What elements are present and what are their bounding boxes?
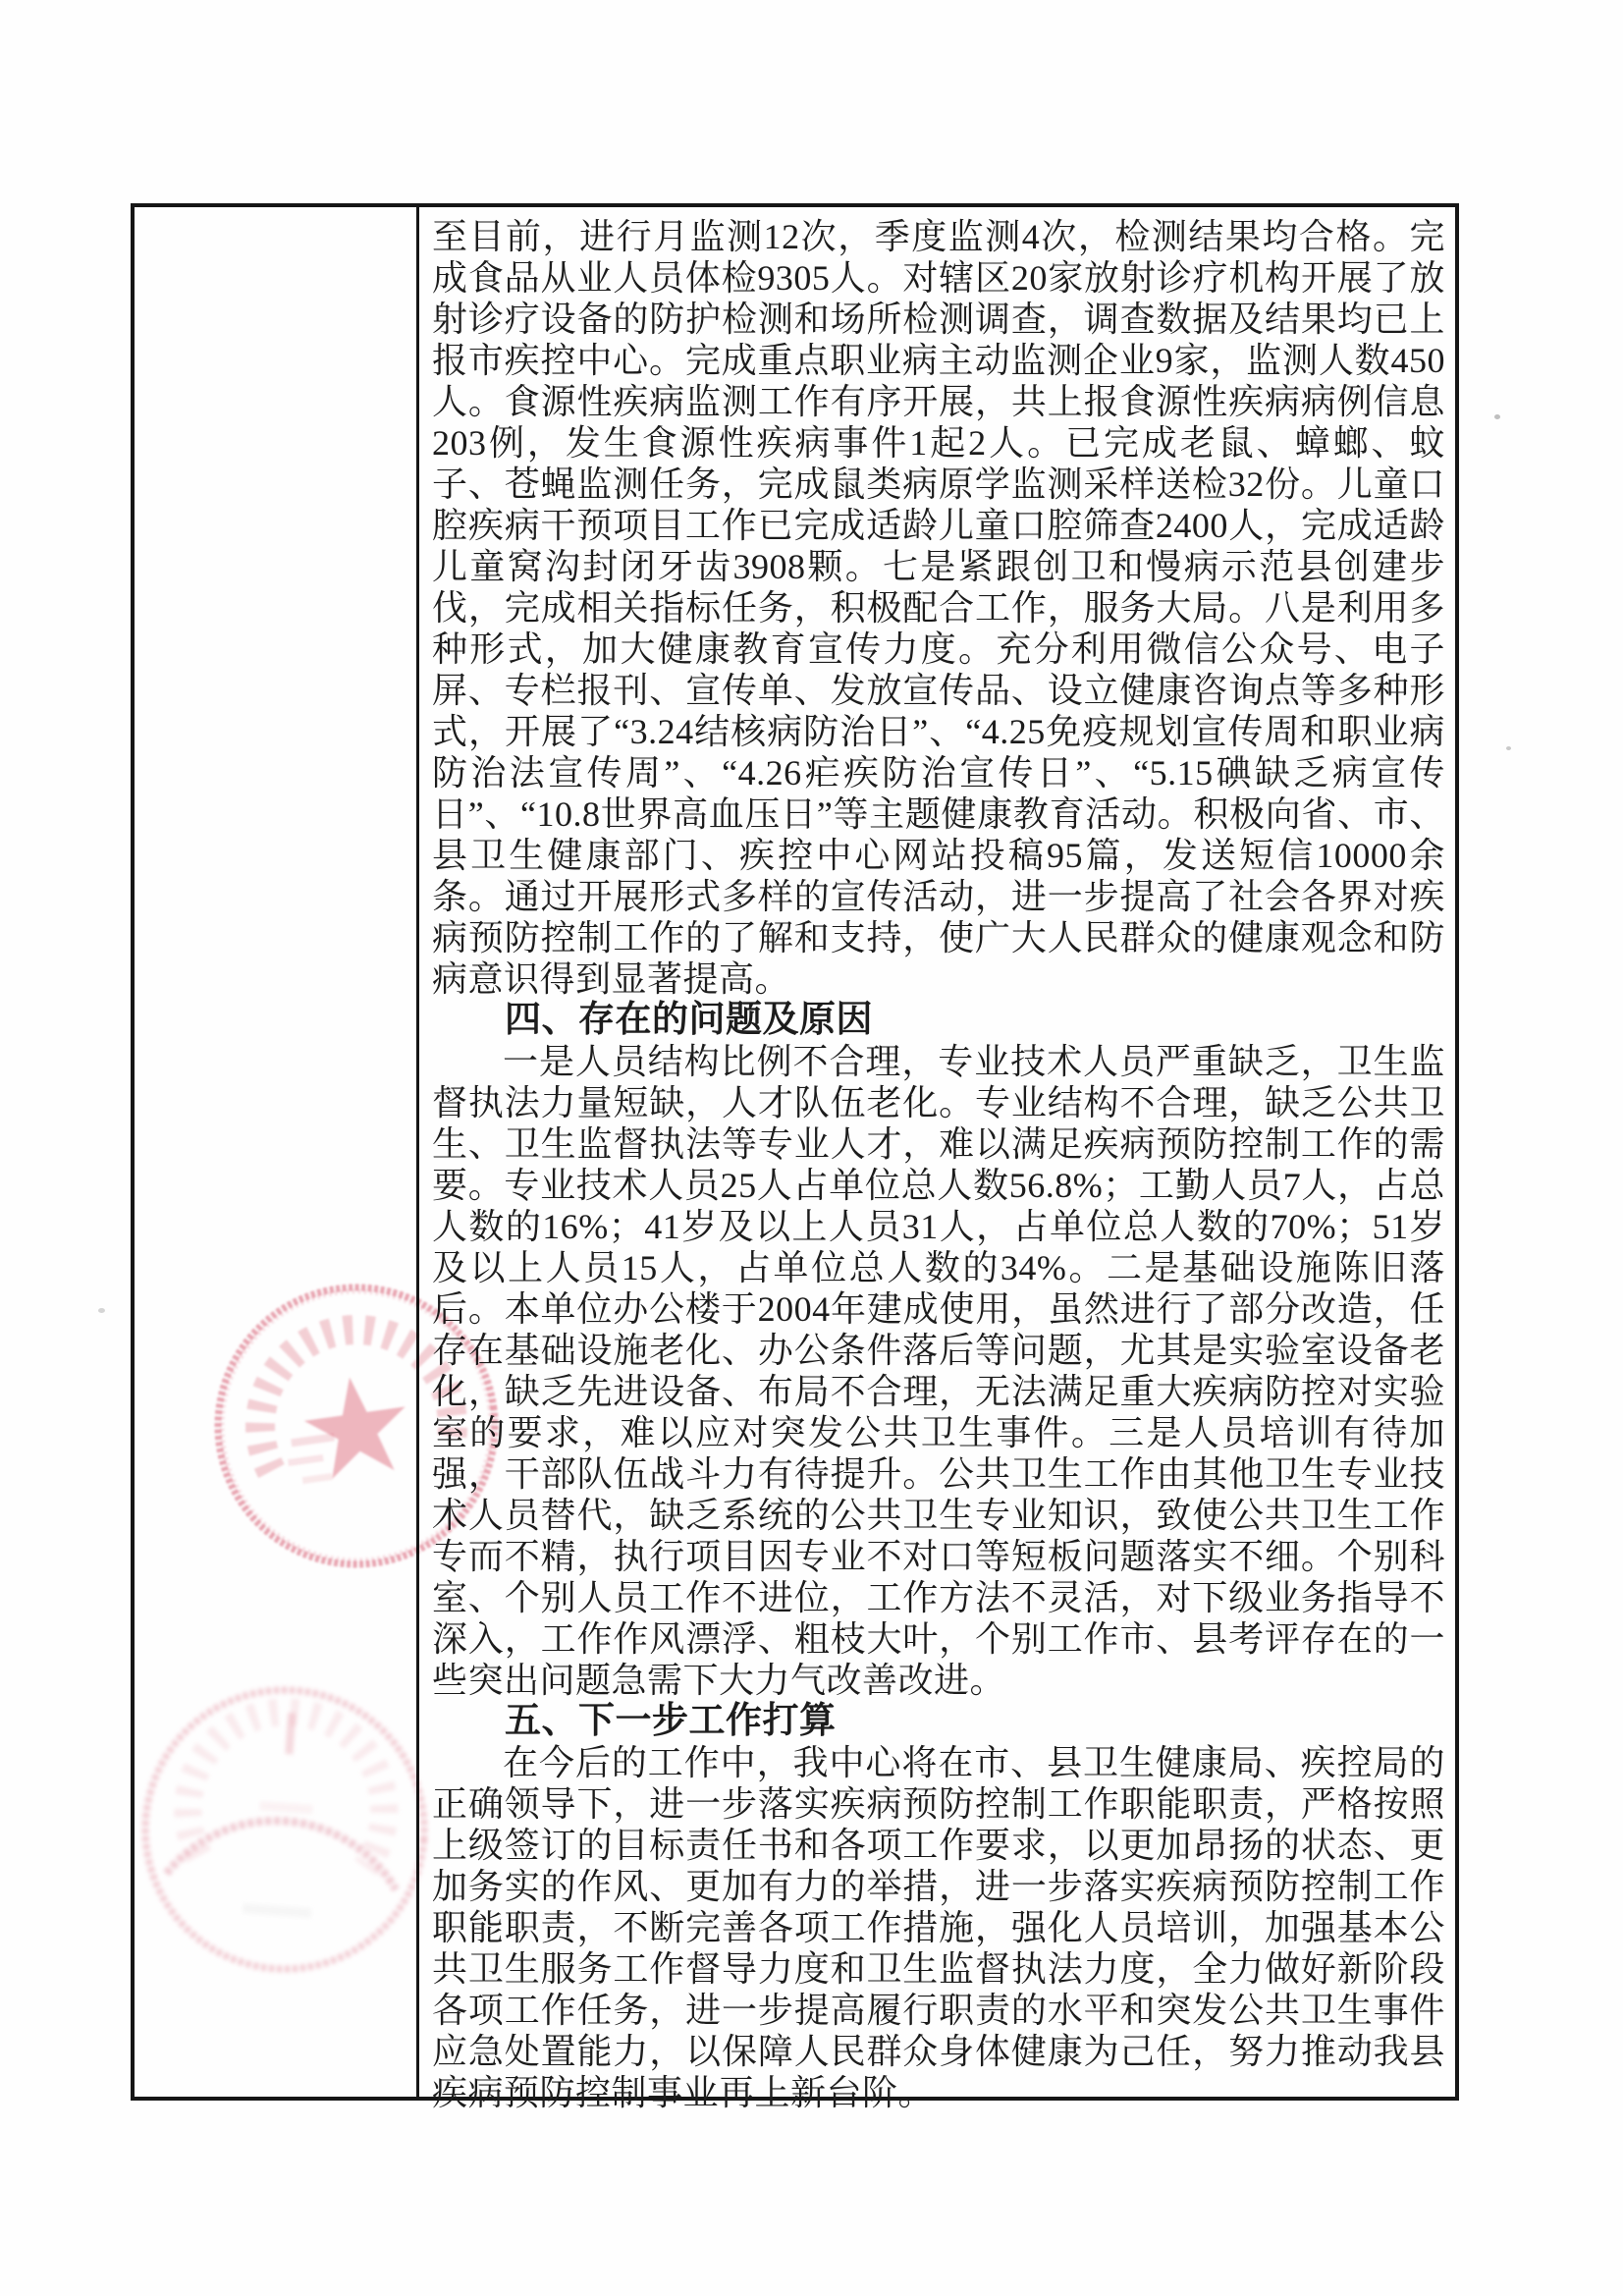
section-heading-next-steps: 五、下一步工作打算	[432, 1701, 1445, 1742]
form-left-column-cell	[135, 207, 416, 2097]
report-paragraph-monitoring: 至目前，进行月监测12次，季度监测4次，检测结果均合格。完成食品从业人员体检93…	[432, 216, 1445, 1000]
form-table-column-divider	[416, 203, 419, 2101]
form-content-cell: 至目前，进行月监测12次，季度监测4次，检测结果均合格。完成食品从业人员体检93…	[432, 216, 1445, 2113]
report-paragraph-next-steps: 在今后的工作中，我中心将在市、县卫生健康局、疾控局的正确领导下，进一步落实疾病预…	[432, 1742, 1445, 2113]
scan-speck	[1506, 746, 1511, 750]
section-heading-problems: 四、存在的问题及原因	[432, 1000, 1445, 1041]
scan-speck	[98, 1308, 105, 1313]
scan-speck	[1494, 414, 1500, 419]
scanned-report-page: 至目前，进行月监测12次，季度监测4次，检测结果均合格。完成食品从业人员体检93…	[0, 0, 1623, 2296]
report-paragraph-problems: 一是人员结构比例不合理，专业技术人员严重缺乏，卫生监督执法力量短缺，人才队伍老化…	[432, 1041, 1445, 1701]
